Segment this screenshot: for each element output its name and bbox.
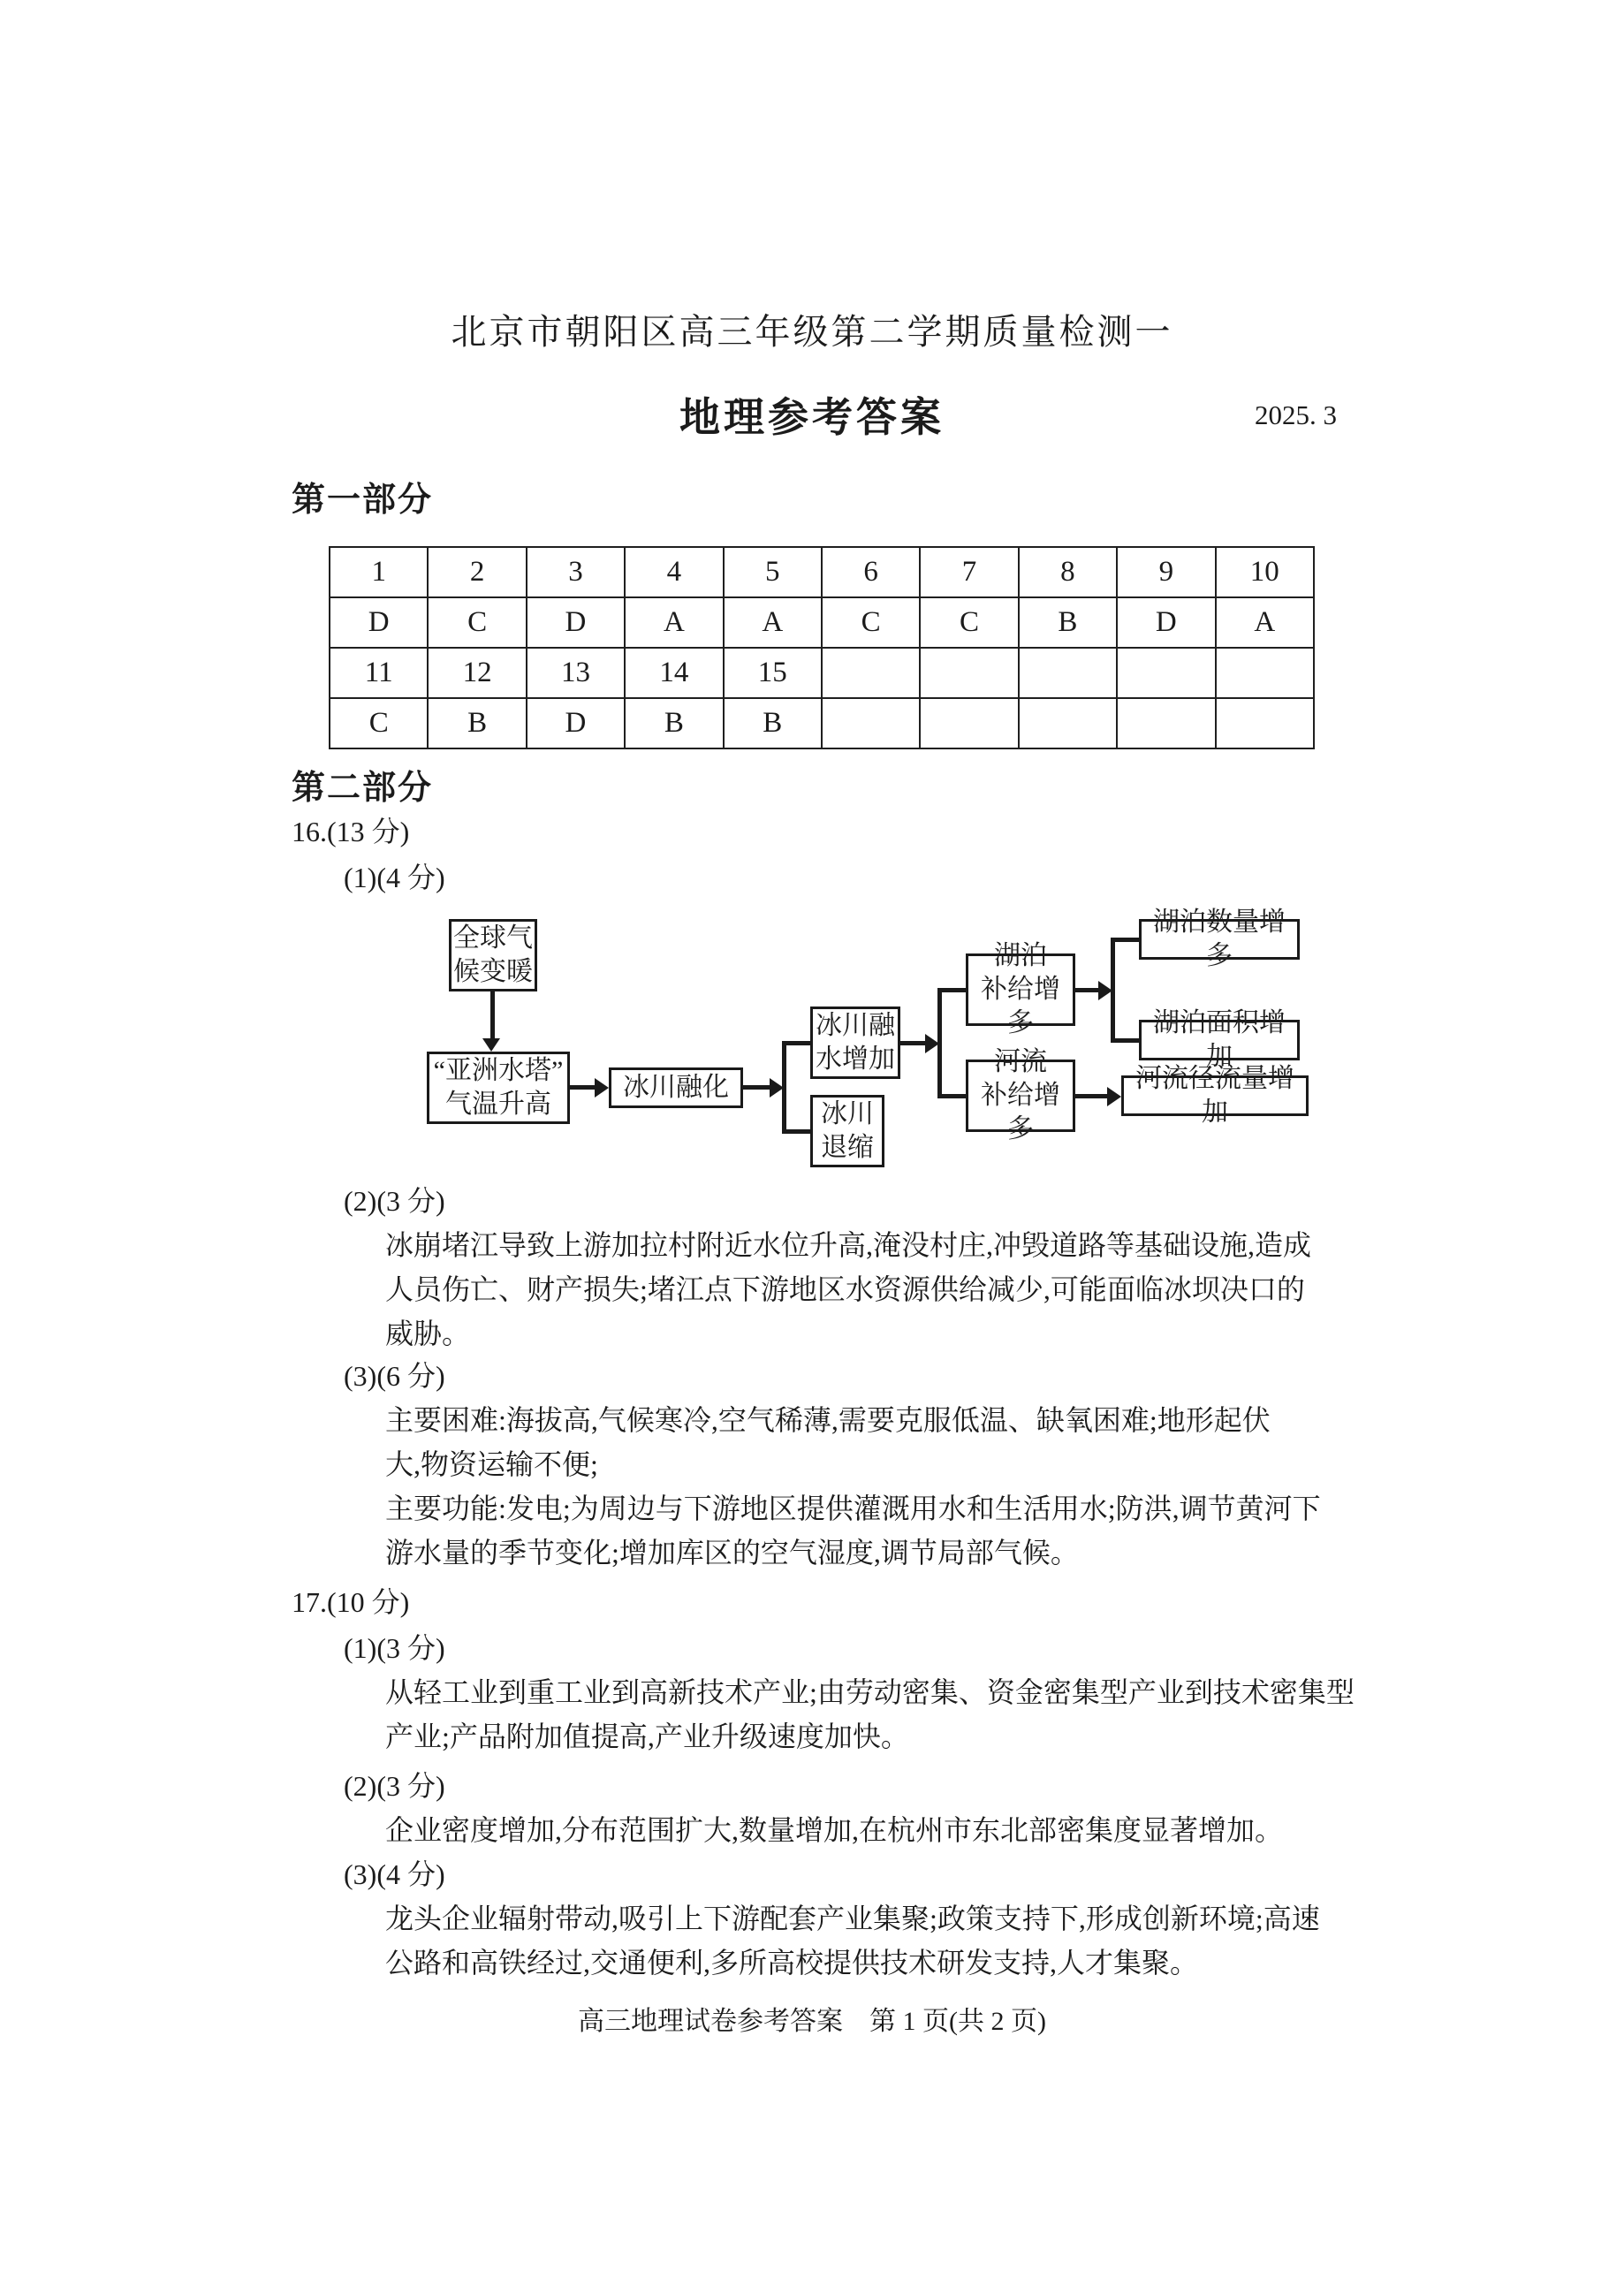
flow-node-asia-water-tower: “亚洲水塔” 气温升高 <box>427 1052 570 1124</box>
q16-sub1-label: (1)(4 分) <box>344 855 445 896</box>
table-cell <box>822 698 920 748</box>
connector-melt-branch <box>743 1085 771 1090</box>
arrow-right-icon <box>1107 1087 1121 1106</box>
connector-to-river-recharge <box>937 1094 966 1098</box>
connector-warming-to-watertower <box>490 991 495 1039</box>
table-cell: 7 <box>920 547 1018 597</box>
answer-table: 1 2 3 4 5 6 7 8 9 10 D C D A A C C B D <box>329 546 1315 749</box>
page-footer: 高三地理试卷参考答案 第 1 页(共 2 页) <box>0 1999 1624 2038</box>
answer-key-page: 北京市朝阳区高三年级第二学期质量检测一 地理参考答案 2025. 3 第一部分 … <box>0 0 1624 2279</box>
flow-node-lake-number-increase: 湖泊数量增多 <box>1139 919 1300 960</box>
table-cell: 2 <box>428 547 526 597</box>
q16-sub2-answer: 冰崩堵江导致上游加拉村附近水位升高,淹没村庄,冲毁道路等基础设施,造成 人员伤亡… <box>385 1223 1371 1356</box>
flow-node-meltwater-increase: 冰川融 水增加 <box>810 1007 900 1079</box>
connector-watertower-to-melt <box>570 1085 596 1090</box>
table-cell: 4 <box>625 547 723 597</box>
table-cell: D <box>330 597 428 648</box>
flow-node-glacier-melt: 冰川融化 <box>609 1067 743 1108</box>
connector-to-lake-area <box>1111 1038 1139 1043</box>
table-cell: 14 <box>625 648 723 698</box>
table-cell <box>822 648 920 698</box>
table-cell <box>1216 648 1314 698</box>
flow-node-global-warming: 全球气 候变暖 <box>449 919 537 991</box>
table-cell <box>1117 648 1215 698</box>
table-cell: 3 <box>527 547 625 597</box>
table-cell: 13 <box>527 648 625 698</box>
table-cell: A <box>724 597 822 648</box>
table-cell: C <box>920 597 1018 648</box>
connector-to-lake-number <box>1111 938 1139 942</box>
table-cell: C <box>428 597 526 648</box>
q16-sub3-answer: 主要困难:海拔高,气候寒冷,空气稀薄,需要克服低温、缺氧困难;地形起伏 大,物资… <box>385 1398 1371 1575</box>
table-cell: D <box>527 698 625 748</box>
connector-river-to-runoff <box>1075 1094 1109 1098</box>
part2-heading: 第二部分 <box>292 760 433 809</box>
table-cell <box>1216 698 1314 748</box>
connector-meltwater-branch <box>900 1041 927 1045</box>
table-cell <box>1117 698 1215 748</box>
connector-to-meltwater <box>782 1041 810 1045</box>
flow-node-river-runoff-increase: 河流径流量增加 <box>1121 1075 1309 1116</box>
table-cell: D <box>1117 597 1215 648</box>
table-cell <box>1019 698 1117 748</box>
exam-title: 北京市朝阳区高三年级第二学期质量检测一 <box>0 304 1624 354</box>
q17-sub1-answer: 从轻工业到重工业到高新技术产业;由劳动密集、资金密集型产业到技术密集型 产业;产… <box>385 1670 1371 1759</box>
table-cell: B <box>724 698 822 748</box>
q16-sub3-label: (3)(6 分) <box>344 1354 445 1394</box>
table-row-answers-1-10: D C D A A C C B D A <box>330 597 1314 648</box>
table-row-answers-11-15: C B D B B <box>330 698 1314 748</box>
q16-sub2-label: (2)(3 分) <box>344 1179 445 1219</box>
table-cell: 8 <box>1019 547 1117 597</box>
part1-heading: 第一部分 <box>292 472 433 520</box>
table-cell: 9 <box>1117 547 1215 597</box>
q17-sub2-answer: 企业密度增加,分布范围扩大,数量增加,在杭州市东北部密集度显著增加。 <box>385 1808 1371 1852</box>
flow-node-lake-area-increase: 湖泊面积增加 <box>1139 1020 1300 1060</box>
table-cell <box>920 698 1018 748</box>
table-cell: 1 <box>330 547 428 597</box>
flow-node-glacier-retreat: 冰川 退缩 <box>810 1095 884 1167</box>
branch-line-lake <box>1111 938 1115 1043</box>
q17-label: 17.(10 分) <box>292 1580 409 1621</box>
q17-sub2-label: (2)(3 分) <box>344 1764 445 1804</box>
flow-node-river-recharge: 河流 补给增多 <box>966 1060 1075 1132</box>
q17-sub1-label: (1)(3 分) <box>344 1626 445 1667</box>
connector-to-retreat <box>782 1129 810 1134</box>
flow-node-lake-recharge: 湖泊 补给增多 <box>966 953 1075 1026</box>
table-cell: B <box>1019 597 1117 648</box>
q16-flowchart: 全球气 候变暖 “亚洲水塔” 气温升高 冰川融化 冰川融 水增加 冰川 退缩 湖… <box>427 919 1310 1175</box>
table-cell: C <box>822 597 920 648</box>
branch-line-melt <box>782 1041 786 1134</box>
table-cell <box>1019 648 1117 698</box>
connector-to-lake-recharge <box>937 988 966 992</box>
table-row-question-numbers-1-10: 1 2 3 4 5 6 7 8 9 10 <box>330 547 1314 597</box>
table-cell: 5 <box>724 547 822 597</box>
branch-line-meltwater <box>937 988 942 1098</box>
table-cell: 6 <box>822 547 920 597</box>
exam-date: 2025. 3 <box>1255 399 1337 431</box>
table-cell: 15 <box>724 648 822 698</box>
q16-label: 16.(13 分) <box>292 809 409 850</box>
table-cell: 11 <box>330 648 428 698</box>
table-cell: B <box>625 698 723 748</box>
arrow-down-icon <box>482 1038 500 1052</box>
q17-sub3-answer: 龙头企业辐射带动,吸引上下游配套产业集聚;政策支持下,形成创新环境;高速 公路和… <box>385 1896 1371 1985</box>
table-cell: D <box>527 597 625 648</box>
q17-sub3-label: (3)(4 分) <box>344 1852 445 1893</box>
table-cell: A <box>625 597 723 648</box>
table-cell: B <box>428 698 526 748</box>
connector-lake-branch <box>1075 988 1100 992</box>
arrow-right-icon <box>595 1078 609 1098</box>
answer-key-title: 地理参考答案 <box>0 385 1624 444</box>
table-cell: 10 <box>1216 547 1314 597</box>
table-cell <box>920 648 1018 698</box>
table-cell: 12 <box>428 648 526 698</box>
table-row-question-numbers-11-15: 11 12 13 14 15 <box>330 648 1314 698</box>
table-cell: A <box>1216 597 1314 648</box>
table-cell: C <box>330 698 428 748</box>
